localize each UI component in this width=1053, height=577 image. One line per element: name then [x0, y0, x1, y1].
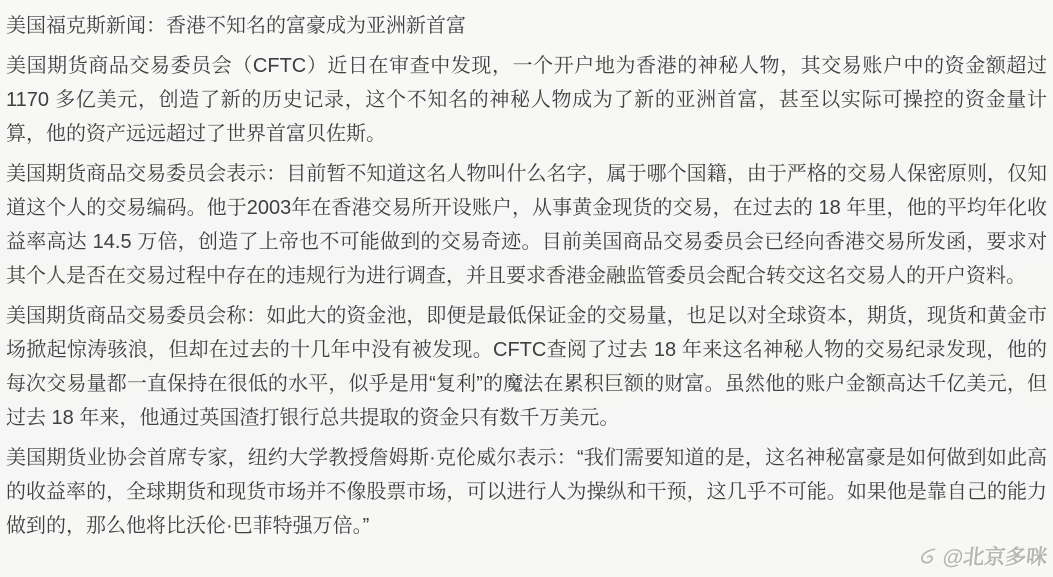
watermark: @北京多咪 [916, 541, 1049, 571]
weibo-icon [916, 546, 938, 566]
article-paragraph-3: 美国期货商品交易委员会称：如此大的资金池，即便是最低保证金的交易量，也足以对全球… [6, 299, 1047, 435]
article-page: 美国福克斯新闻：香港不知名的富豪成为亚洲新首富 美国期货商品交易委员会（CFTC… [0, 0, 1053, 577]
article-paragraph-4: 美国期货业协会首席专家，纽约大学教授詹姆斯·克伦威尔表示：“我们需要知道的是，这… [6, 441, 1047, 543]
article-paragraph-1: 美国期货商品交易委员会（CFTC）近日在审查中发现，一个开户地为香港的神秘人物，… [6, 49, 1047, 151]
article-paragraph-2: 美国期货商品交易委员会表示：目前暂不知道这名人物叫什么名字，属于哪个国籍，由于严… [6, 157, 1047, 293]
article-title: 美国福克斯新闻：香港不知名的富豪成为亚洲新首富 [6, 9, 1047, 43]
watermark-handle: @北京多咪 [941, 541, 1049, 571]
